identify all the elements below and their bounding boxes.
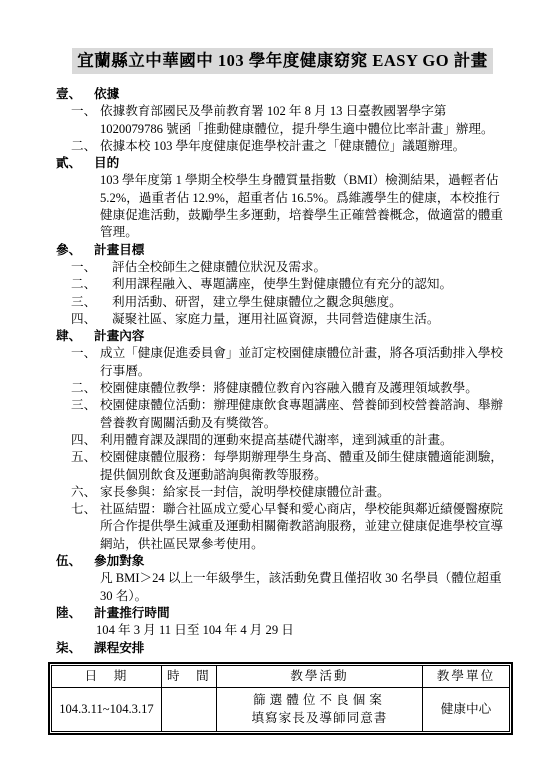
list-item: 二、 依據本校 103 學年度健康促進學校計畫之「健康體位」議題辦理。 [56,138,509,155]
section-title: 目的 [94,155,119,172]
item-marker: 一、 [71,103,100,138]
item-text: 校園健康體位服務：每學期辦理學生身高、體重及師生健康體適能測驗，提供個別飲食及運… [100,449,509,484]
section-number: 壹、 [56,86,94,103]
section-course-arrangement-heading: 柒、 課程安排 [56,640,509,657]
document-title: 宜蘭縣立中華國中 103 學年度健康窈窕 EASY GO 計畫 [72,48,492,74]
list-item: 六、 家長參與：給家長一封信，說明學校健康體位計畫。 [56,484,509,501]
section-schedule-time-body: 104 年 3 月 11 日至 104 年 4 月 29 日 [96,622,509,639]
cell-time [161,688,216,732]
list-item: 四、 凝聚社區、家庭力量，運用社區資源，共同營造健康生活。 [56,311,509,328]
section-title: 課程安排 [94,640,144,657]
activity-line-1: 篩選體位不良個案 [219,692,420,709]
section-goals-heading: 參、 計畫目標 [56,242,509,259]
title-area: 宜蘭縣立中華國中 103 學年度健康窈窕 EASY GO 計畫 [56,48,509,74]
item-marker: 二、 [71,380,100,397]
section-goals-list: 一、 評估全校師生之健康體位狀況及需求。 二、 利用課程融入、專題講座，使學生對… [56,259,509,328]
item-text: 校園健康體位教學：將健康體位教育內容融入體育及護理領域教學。 [100,380,509,397]
item-text: 評估全校師生之健康體位狀況及需求。 [112,259,509,276]
item-marker: 一、 [71,259,112,276]
item-marker: 六、 [71,484,100,501]
item-marker: 二、 [71,276,112,293]
item-marker: 三、 [71,294,112,311]
item-marker: 二、 [71,138,100,155]
list-item: 二、 利用課程融入、專題講座，使學生對健康體位有充分的認知。 [56,276,509,293]
section-schedule-time-heading: 陸、 計畫推行時間 [56,605,509,622]
section-purpose-heading: 貳、 目的 [56,155,509,172]
col-header-activity: 教學活動 [216,665,422,687]
item-text: 社區結盟：聯合社區成立愛心早餐和愛心商店，學校能與鄰近績優醫療院所合作提供學生減… [100,501,509,553]
list-item: 五、 校園健康體位服務：每學期辦理學生身高、體重及師生健康體適能測驗，提供個別飲… [56,449,509,484]
section-basis-heading: 壹、 依據 [56,86,509,103]
item-text: 依據本校 103 學年度健康促進學校計畫之「健康體位」議題辦理。 [100,138,509,155]
list-item: 一、 成立「健康促進委員會」並訂定校園健康體位計畫，將各項活動排入學校行事曆。 [56,345,509,380]
section-number: 肆、 [56,328,94,345]
item-marker: 四、 [71,432,100,449]
item-marker: 三、 [71,397,100,432]
document-page: 宜蘭縣立中華國中 103 學年度健康窈窕 EASY GO 計畫 壹、 依據 一、… [0,0,543,768]
list-item: 七、 社區結盟：聯合社區成立愛心早餐和愛心商店，學校能與鄰近績優醫療院所合作提供… [56,501,509,553]
item-text: 凝聚社區、家庭力量，運用社區資源，共同營造健康生活。 [112,311,509,328]
section-title: 計畫推行時間 [94,605,170,622]
item-marker: 四、 [71,311,112,328]
activity-line-2: 填寫家長及導師同意書 [219,710,420,727]
course-schedule-table: 日 期 時 間 教學活動 教學單位 104.3.11~104.3.17 篩選體位… [51,665,510,732]
list-item: 一、 評估全校師生之健康體位狀況及需求。 [56,259,509,276]
section-participants-body: 凡 BMI＞24 以上一年級學生，該活動免費且僅招收 30 名學員（體位超重 3… [100,570,509,605]
section-number: 參、 [56,242,94,259]
section-number: 柒、 [56,640,94,657]
col-header-unit: 教學單位 [422,665,509,687]
list-item: 三、 校園健康體位活動：辦理健康飲食專題講座、營養師到校營養諮詢、舉辦營養教育闖… [56,397,509,432]
course-schedule-table-frame: 日 期 時 間 教學活動 教學單位 104.3.11~104.3.17 篩選體位… [48,662,513,735]
cell-activity: 篩選體位不良個案 填寫家長及導師同意書 [216,688,422,732]
table-row: 104.3.11~104.3.17 篩選體位不良個案 填寫家長及導師同意書 健康… [52,688,510,732]
item-text: 依據教育部國民及學前教育署 102 年 8 月 13 日臺教國署學字第 1020… [100,103,509,138]
section-title: 依據 [94,86,119,103]
section-content-heading: 肆、 計畫內容 [56,328,509,345]
item-text: 利用活動、研習，建立學生健康體位之觀念與態度。 [112,294,509,311]
section-title: 計畫內容 [94,328,144,345]
section-title: 參加對象 [94,553,144,570]
item-text: 成立「健康促進委員會」並訂定校園健康體位計畫，將各項活動排入學校行事曆。 [100,345,509,380]
section-number: 陸、 [56,605,94,622]
cell-date: 104.3.11~104.3.17 [52,688,162,732]
list-item: 三、 利用活動、研習，建立學生健康體位之觀念與態度。 [56,294,509,311]
section-title: 計畫目標 [94,242,144,259]
item-text: 利用體育課及課間的運動來提高基礎代謝率，達到減重的計畫。 [100,432,509,449]
section-number: 伍、 [56,553,94,570]
item-text: 校園健康體位活動：辦理健康飲食專題講座、營養師到校營養諮詢、舉辦營養教育闖關活動… [100,397,509,432]
section-number: 貳、 [56,155,94,172]
table-header-row: 日 期 時 間 教學活動 教學單位 [52,665,510,687]
item-text: 利用課程融入、專題講座，使學生對健康體位有充分的認知。 [112,276,509,293]
section-participants-heading: 伍、 參加對象 [56,553,509,570]
cell-unit: 健康中心 [422,688,509,732]
col-header-date: 日 期 [52,665,162,687]
item-marker: 七、 [71,501,100,553]
list-item: 二、 校園健康體位教學：將健康體位教育內容融入體育及護理領域教學。 [56,380,509,397]
item-text: 家長參與：給家長一封信，說明學校健康體位計畫。 [100,484,509,501]
list-item: 一、 依據教育部國民及學前教育署 102 年 8 月 13 日臺教國署學字第 1… [56,103,509,138]
item-marker: 一、 [71,345,100,380]
list-item: 四、 利用體育課及課間的運動來提高基礎代謝率，達到減重的計畫。 [56,432,509,449]
col-header-time: 時 間 [161,665,216,687]
item-marker: 五、 [71,449,100,484]
section-purpose-body: 103 學年度第 1 學期全校學生身體質量指數（BMI）檢測結果，過輕者佔 5.… [100,172,509,241]
